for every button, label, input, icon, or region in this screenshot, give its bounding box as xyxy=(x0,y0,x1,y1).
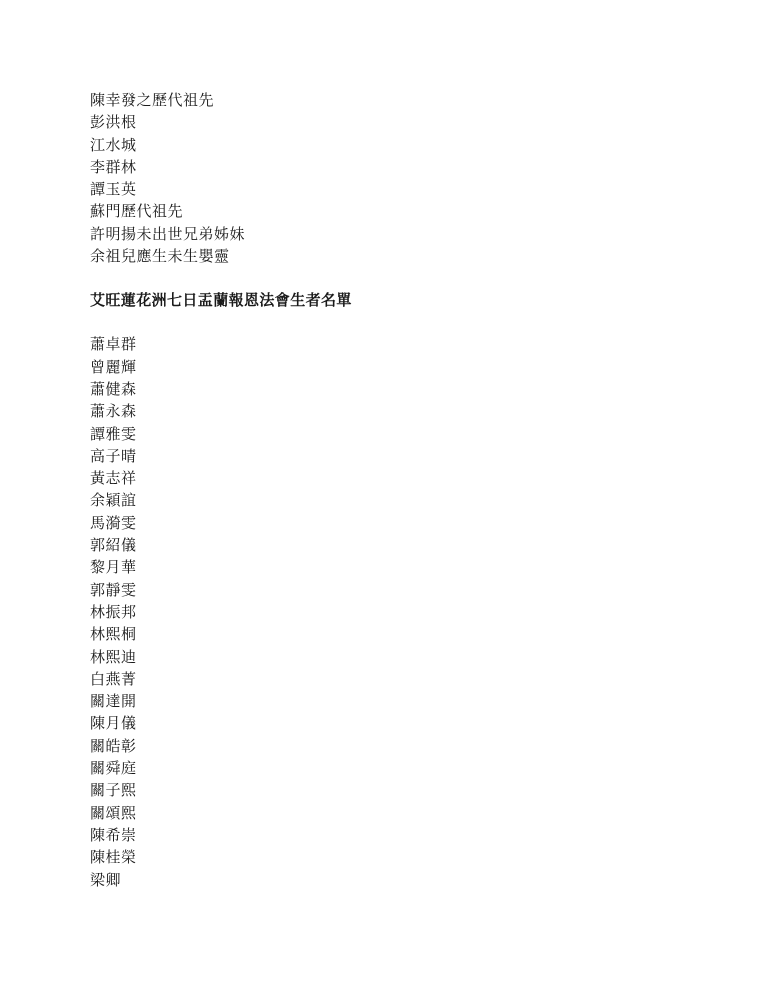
list-item: 郭紹儀 xyxy=(90,534,690,556)
list-item: 馬漪雯 xyxy=(90,512,690,534)
list-item: 陳幸發之歷代祖先 xyxy=(90,89,690,111)
list-item: 關舜庭 xyxy=(90,757,690,779)
list-item: 林熙桐 xyxy=(90,623,690,645)
list-item: 陳希崇 xyxy=(90,824,690,846)
list-item: 蕭健森 xyxy=(90,378,690,400)
section-heading: 艾旺蓮花洲七日盂蘭報恩法會生者名單 xyxy=(90,289,690,311)
list-item: 關皓彰 xyxy=(90,735,690,757)
list-item: 關頌熙 xyxy=(90,802,690,824)
document-page: 陳幸發之歷代祖先 彭洪根 江水城 李群林 譚玉英 蘇門歷代祖先 許明揚未出世兄弟… xyxy=(90,89,690,891)
list-item: 林振邦 xyxy=(90,601,690,623)
list-item: 許明揚未出世兄弟姊妹 xyxy=(90,223,690,245)
list-item: 黃志祥 xyxy=(90,467,690,489)
list-item: 余穎誼 xyxy=(90,489,690,511)
list-item: 彭洪根 xyxy=(90,111,690,133)
list-item: 高子晴 xyxy=(90,445,690,467)
living-name-list: 蕭卓群 曾麗輝 蕭健森 蕭永森 譚雅雯 高子晴 黃志祥 余穎誼 馬漪雯 郭紹儀 … xyxy=(90,333,690,890)
list-item: 陳桂榮 xyxy=(90,846,690,868)
list-item: 黎月華 xyxy=(90,556,690,578)
list-item: 郭靜雯 xyxy=(90,579,690,601)
list-item: 江水城 xyxy=(90,134,690,156)
list-item: 林熙迪 xyxy=(90,646,690,668)
list-item: 譚雅雯 xyxy=(90,423,690,445)
list-item: 白燕菁 xyxy=(90,668,690,690)
list-item: 李群林 xyxy=(90,156,690,178)
list-item: 蘇門歷代祖先 xyxy=(90,200,690,222)
list-item: 梁卿 xyxy=(90,869,690,891)
list-item: 關達開 xyxy=(90,690,690,712)
list-item: 譚玉英 xyxy=(90,178,690,200)
list-item: 曾麗輝 xyxy=(90,356,690,378)
list-item: 陳月儀 xyxy=(90,712,690,734)
list-item: 余祖兒應生未生嬰靈 xyxy=(90,245,690,267)
list-item: 蕭卓群 xyxy=(90,333,690,355)
list-item: 關子熙 xyxy=(90,779,690,801)
list-item: 蕭永森 xyxy=(90,400,690,422)
deceased-name-list: 陳幸發之歷代祖先 彭洪根 江水城 李群林 譚玉英 蘇門歷代祖先 許明揚未出世兄弟… xyxy=(90,89,690,267)
